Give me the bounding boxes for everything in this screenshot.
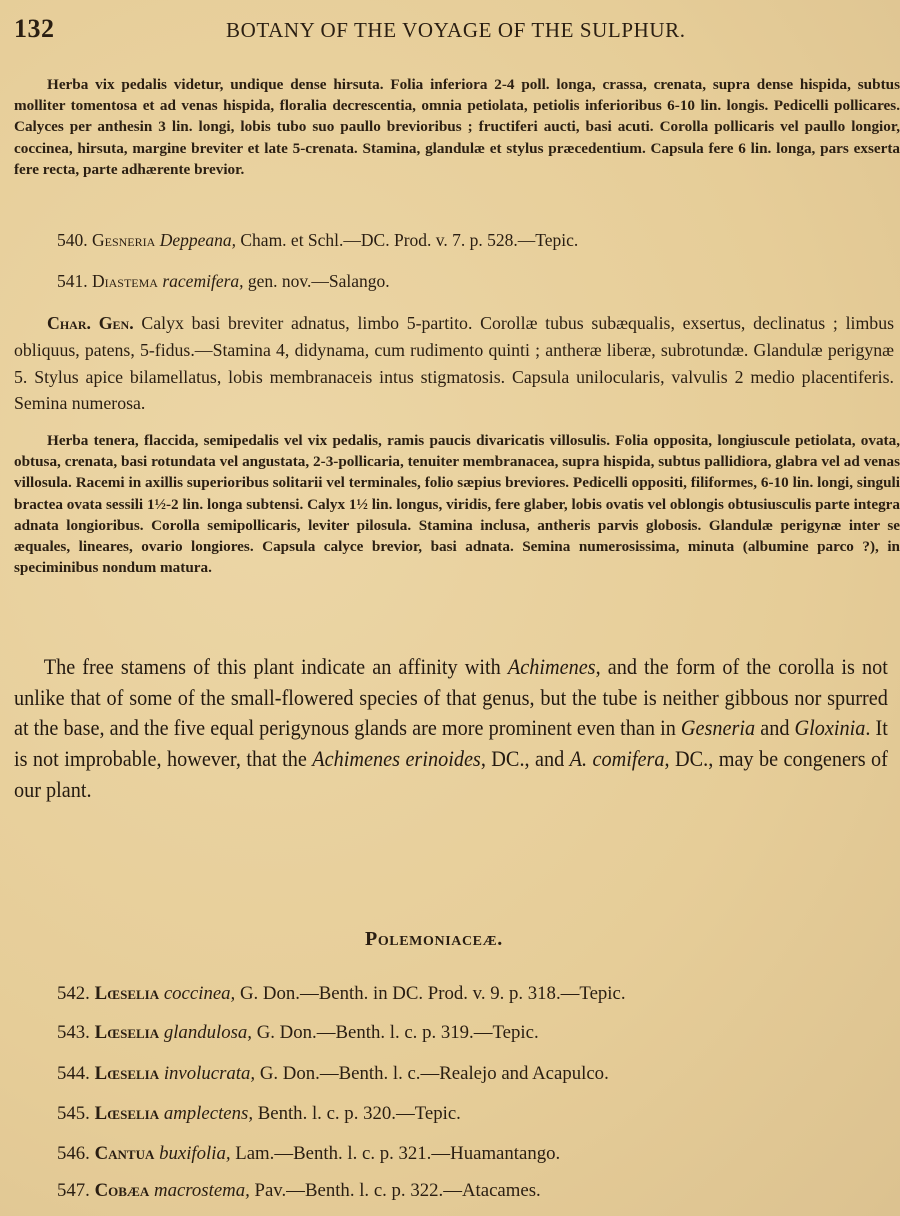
species-entry-546: 546. Cantua buxifolia, Lam.—Benth. l. c.… — [57, 1143, 560, 1165]
entry-reference: G. Don.—Benth. in DC. Prod. v. 9. p. 318… — [235, 983, 625, 1004]
entry-number: 544. — [57, 1063, 90, 1084]
entry-number: 540. — [57, 230, 88, 250]
entry-species: glandulosa, — [164, 1022, 252, 1043]
entry-number: 546. — [57, 1143, 90, 1164]
remarks-text: , DC., and — [481, 746, 570, 771]
entry-genus: Diastema — [92, 271, 158, 291]
species-entry-545: 545. Lœselia amplectens, Benth. l. c. p.… — [57, 1103, 461, 1125]
entry-reference: Benth. l. c. p. 320.—Tepic. — [253, 1103, 461, 1124]
char-gen-text: Calyx basi breviter adnatus, limbo 5-par… — [14, 313, 894, 413]
species-description-paragraph: Herba vix pedalis videtur, undique dense… — [14, 74, 900, 180]
generic-character-paragraph: Char. Gen. Calyx basi breviter adnatus, … — [14, 310, 894, 417]
page-header: 132 BOTANY OF THE VOYAGE OF THE SULPHUR. — [14, 14, 886, 48]
remarks-italic-species: A. comifera — [570, 746, 665, 771]
entry-genus: Gesneria — [92, 230, 155, 250]
remarks-text: and — [755, 715, 794, 740]
entry-number: 543. — [57, 1022, 90, 1043]
book-page: 132 BOTANY OF THE VOYAGE OF THE SULPHUR.… — [0, 0, 900, 1216]
entry-reference: G. Don.—Benth. l. c. p. 319.—Tepic. — [252, 1022, 539, 1043]
entry-reference: G. Don.—Benth. l. c.—Realejo and Acapulc… — [255, 1063, 609, 1084]
entry-number: 541. — [57, 271, 88, 291]
entry-genus: Lœselia — [95, 1022, 160, 1043]
entry-species: racemifera, — [162, 271, 243, 291]
entry-genus: Lœselia — [95, 1063, 160, 1084]
species-entry-544: 544. Lœselia involucrata, G. Don.—Benth.… — [57, 1063, 609, 1085]
remarks-italic-genus: Gesneria — [681, 715, 755, 740]
section-title: Polemoniaceæ. — [365, 928, 503, 951]
entry-species: Deppeana, — [160, 230, 236, 250]
entry-species: macrostema, — [154, 1180, 250, 1201]
species-entry-543: 543. Lœselia glandulosa, G. Don.—Benth. … — [57, 1022, 539, 1044]
remarks-paragraph: The free stamens of this plant indicate … — [14, 652, 888, 806]
remarks-text: The free stamens of this plant indicate … — [44, 654, 508, 679]
entry-species: coccinea, — [164, 983, 235, 1004]
page-number: 132 — [14, 14, 55, 44]
entry-reference: Lam.—Benth. l. c. p. 321.—Huamantango. — [231, 1143, 561, 1164]
species-entry-542: 542. Lœselia coccinea, G. Don.—Benth. in… — [57, 983, 626, 1005]
entry-species: buxifolia, — [159, 1143, 230, 1164]
entry-reference: gen. nov.—Salango. — [244, 271, 390, 291]
entry-genus: Lœselia — [95, 1103, 160, 1124]
entry-number: 547. — [57, 1180, 90, 1201]
running-title: BOTANY OF THE VOYAGE OF THE SULPHUR. — [226, 18, 686, 43]
entry-species: amplectens, — [164, 1103, 253, 1124]
entry-number: 542. — [57, 983, 90, 1004]
species-description-paragraph-541: Herba tenera, flaccida, semipedalis vel … — [14, 430, 900, 578]
remarks-italic-genus: Gloxinia — [795, 715, 866, 740]
char-gen-label: Char. Gen. — [47, 313, 134, 333]
entry-species: involucrata, — [164, 1063, 255, 1084]
entry-genus: Lœselia — [95, 983, 160, 1004]
species-entry-540: 540. Gesneria Deppeana, Cham. et Schl.—D… — [57, 230, 578, 251]
species-entry-541: 541. Diastema racemifera, gen. nov.—Sala… — [57, 271, 390, 292]
entry-reference: Cham. et Schl.—DC. Prod. v. 7. p. 528.—T… — [236, 230, 578, 250]
entry-number: 545. — [57, 1103, 90, 1124]
entry-reference: Pav.—Benth. l. c. p. 322.—Atacames. — [250, 1180, 541, 1201]
species-entry-547: 547. Cobæa macrostema, Pav.—Benth. l. c.… — [57, 1180, 541, 1202]
entry-genus: Cantua — [95, 1143, 155, 1164]
entry-genus: Cobæa — [95, 1180, 150, 1201]
remarks-italic-species: Achimenes erinoides — [312, 746, 481, 771]
remarks-italic-genus: Achimenes — [508, 654, 596, 679]
